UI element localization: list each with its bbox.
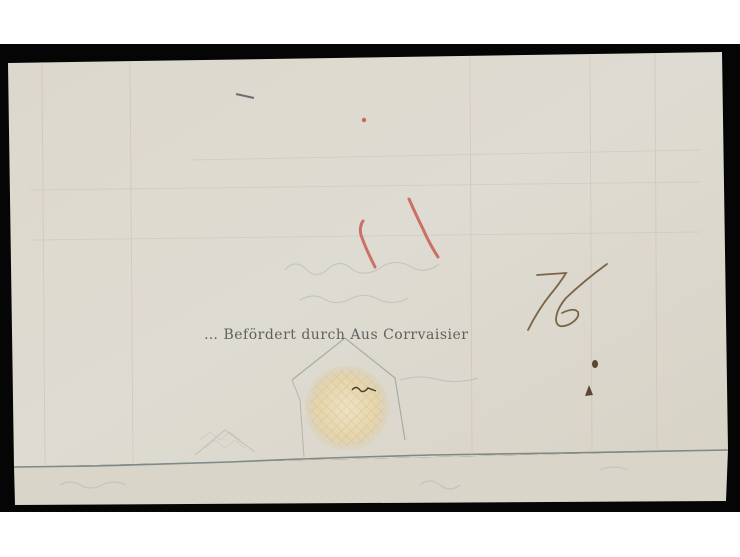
- wafer-seal: [305, 366, 389, 450]
- manuscript-numeral-text: 76: [0, 0, 1, 1]
- letter-photo: … Befördert durch Aus Corrvaisier: [0, 0, 740, 557]
- printed-forwarding-line: … Befördert durch Aus Corrvaisier: [204, 327, 468, 343]
- red-dot: [362, 118, 366, 122]
